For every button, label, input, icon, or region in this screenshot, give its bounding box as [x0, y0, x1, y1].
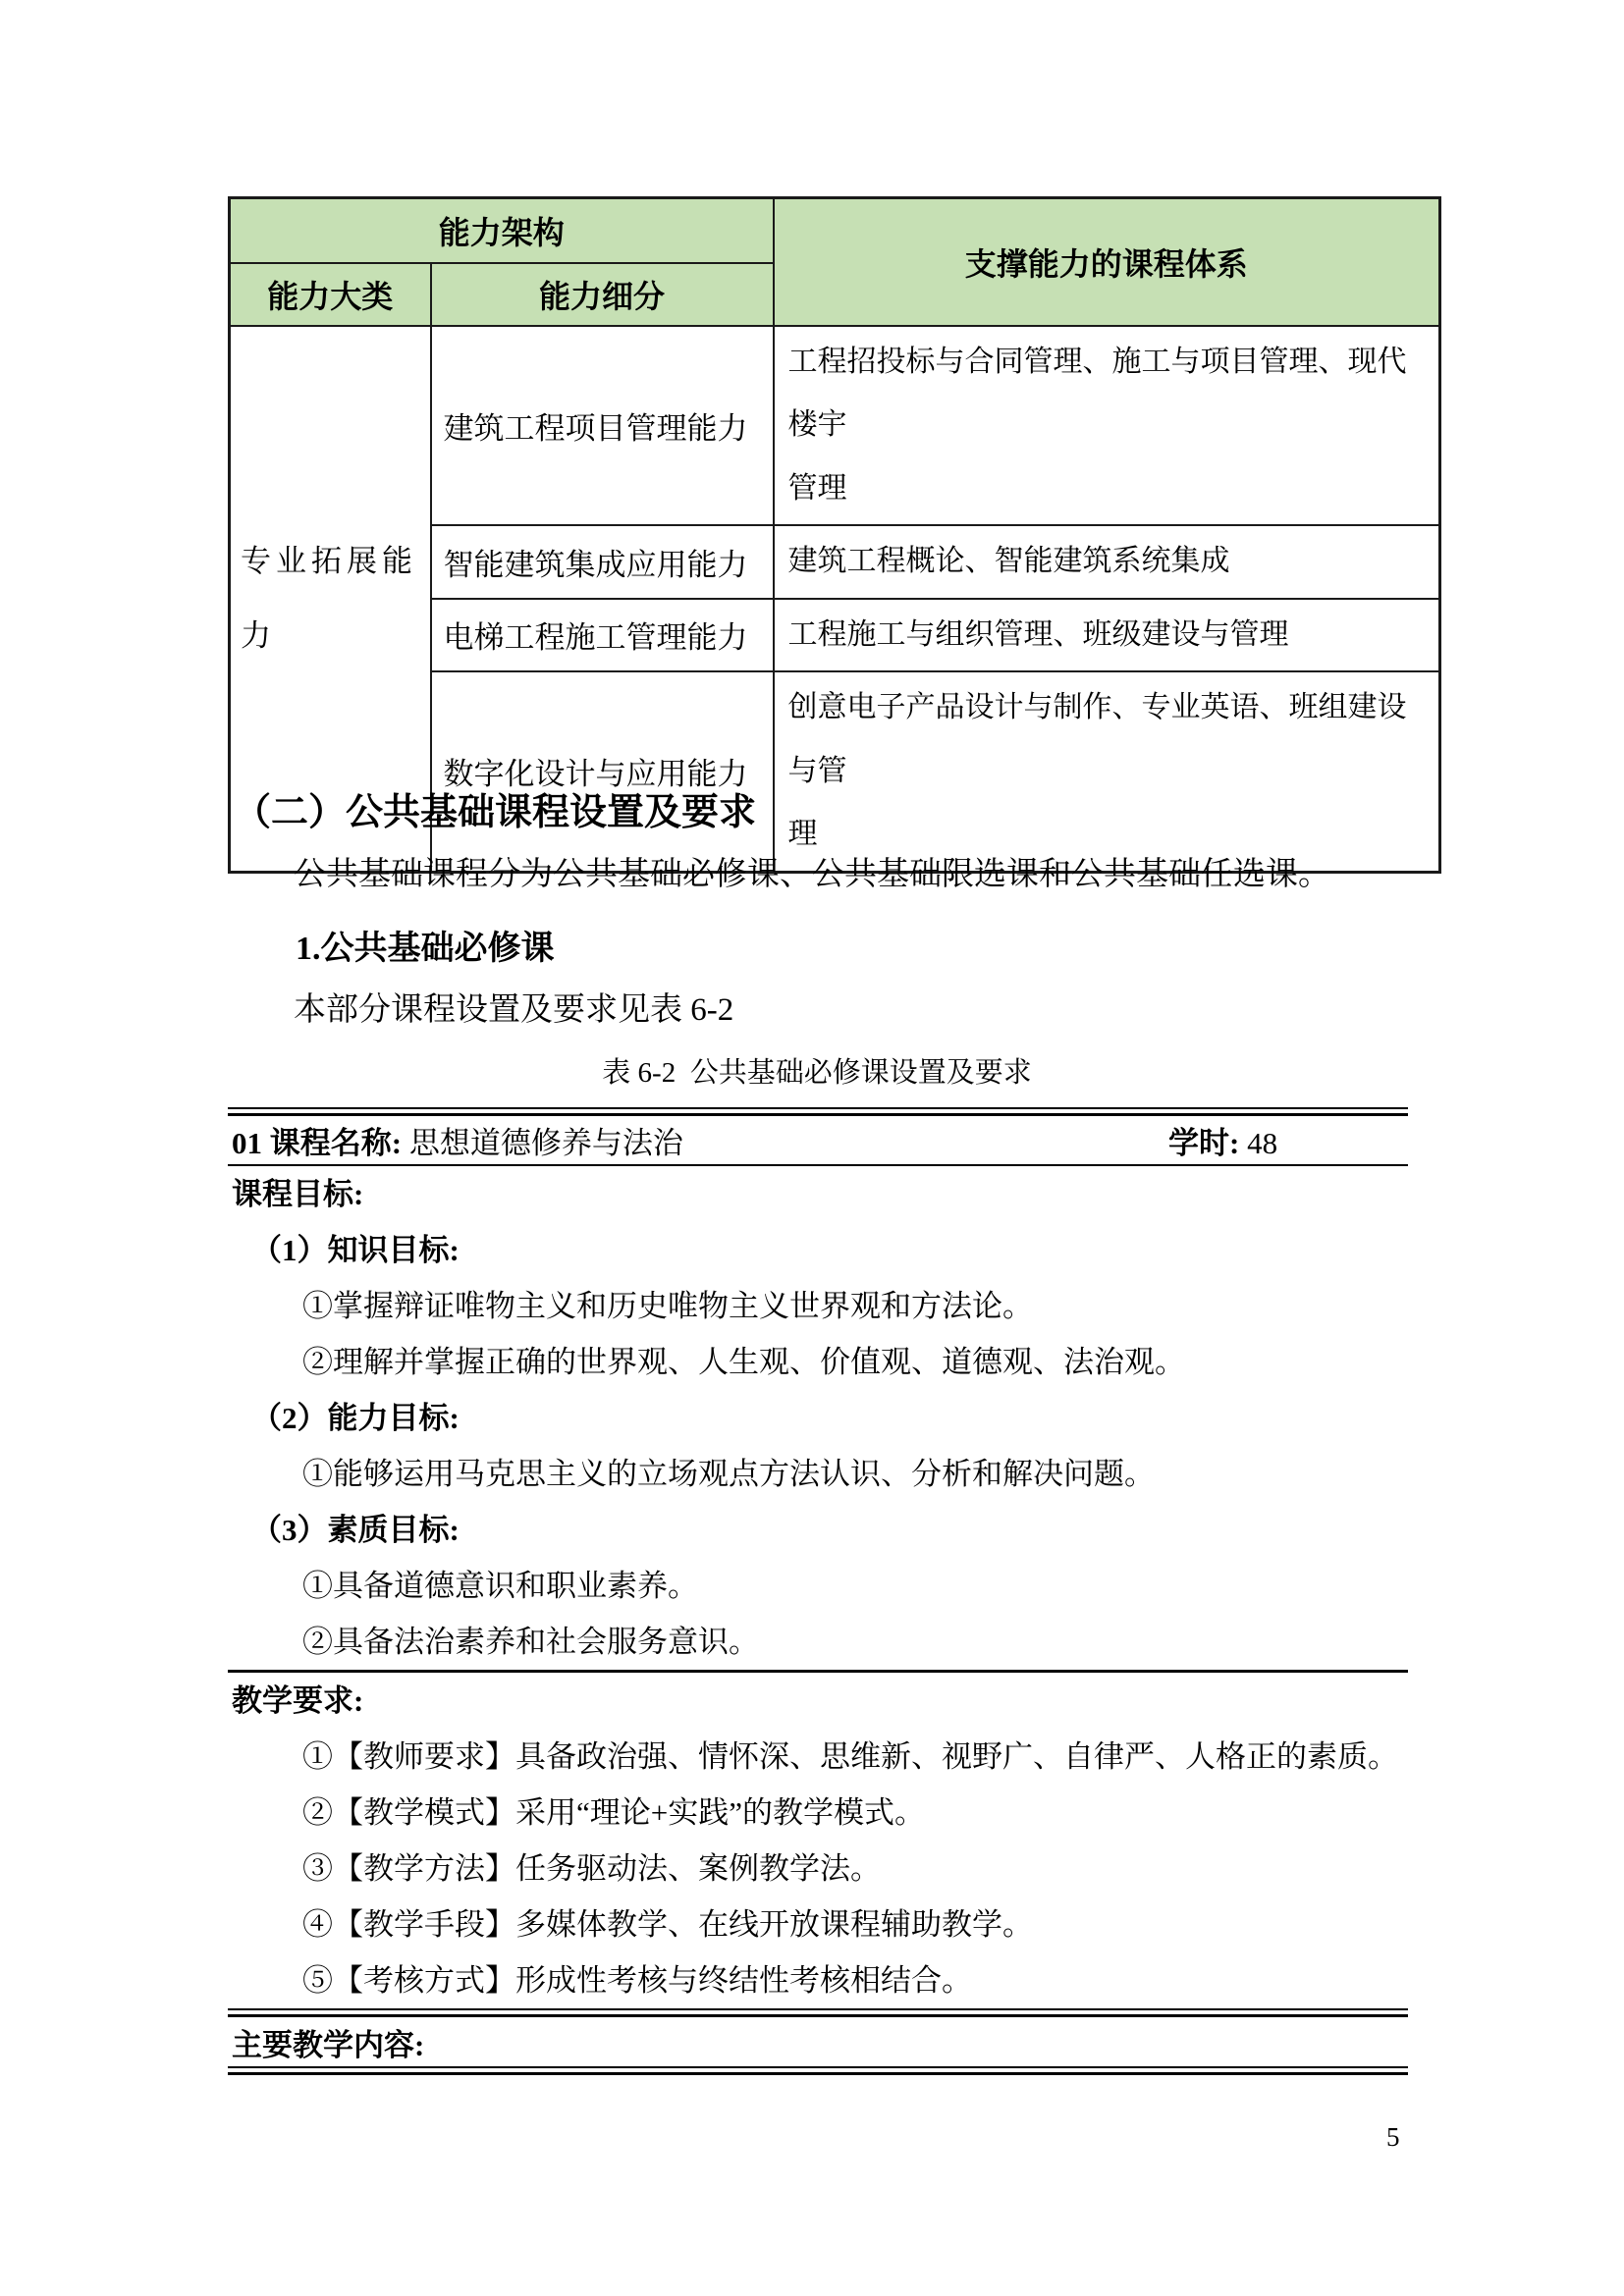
- table-row: 专业拓展能 力 建筑工程项目管理能力 工程招投标与合同管理、施工与项目管理、现代…: [230, 326, 1440, 526]
- supporting-courses-cell: 建筑工程概论、智能建筑系统集成: [774, 525, 1440, 599]
- objective-item: ②理解并掌握正确的世界观、人生观、价值观、道德观、法治观。: [228, 1334, 1408, 1390]
- objective-item: ②具备法治素养和社会服务意识。: [228, 1614, 1408, 1670]
- objective-group-title: （3）素质目标:: [228, 1502, 1408, 1558]
- supporting-courses-cell: 工程招投标与合同管理、施工与项目管理、现代楼宇 管理: [774, 326, 1440, 526]
- teaching-requirements-label: 教学要求:: [228, 1673, 1408, 1729]
- objective-group-title: （1）知识目标:: [228, 1222, 1408, 1278]
- table-reference-text: 本部分课程设置及要求见表 6-2: [294, 984, 733, 1030]
- objective-item: ①具备道德意识和职业素养。: [228, 1558, 1408, 1614]
- ability-detail-cell: 智能建筑集成应用能力: [431, 525, 774, 599]
- supporting-courses-cell: 创意电子产品设计与制作、专业英语、班组建设与管 理: [774, 671, 1440, 872]
- main-content-label: 主要教学内容:: [228, 2017, 1408, 2066]
- teaching-item: ①【教师要求】具备政治强、情怀深、思维新、视野广、自律严、人格正的素质。: [228, 1729, 1408, 1785]
- hours-field: 学时: 48: [1168, 1118, 1277, 1162]
- objective-group-title: （2）能力目标:: [228, 1390, 1408, 1446]
- objective-item: ①掌握辩证唯物主义和历史唯物主义世界观和方法论。: [228, 1278, 1408, 1334]
- ability-detail-cell: 建筑工程项目管理能力: [431, 326, 774, 526]
- ability-detail-cell: 电梯工程施工管理能力: [431, 599, 774, 672]
- supporting-courses-header-cell: 支撑能力的课程体系: [774, 198, 1440, 326]
- divider-double-top: [228, 1107, 1408, 1116]
- ability-detail-header-cell: 能力细分: [431, 263, 774, 326]
- subsection-heading: 1.公共基础必修课: [296, 921, 555, 969]
- table-caption: 表 6-2 公共基础必修课设置及要求: [228, 1050, 1406, 1091]
- course-requirements-table: 01 课程名称: 思想道德修养与法治 学时: 48 课程目标: （1）知识目标:…: [228, 1107, 1408, 2075]
- section-intro: 公共基础课程分为公共基础必修课、公共基础限选课和公共基础任选课。: [294, 848, 1330, 894]
- section-heading: （二）公共基础课程设置及要求: [234, 781, 756, 835]
- ability-detail-cell: 数字化设计与应用能力: [431, 671, 774, 872]
- teaching-item: ④【教学手段】多媒体教学、在线开放课程辅助教学。: [228, 1896, 1408, 1952]
- teaching-item: ③【教学方法】任务驱动法、案例教学法。: [228, 1841, 1408, 1896]
- ability-framework-header-cell: 能力架构: [230, 198, 774, 263]
- objective-item: ①能够运用马克思主义的立场观点方法认识、分析和解决问题。: [228, 1446, 1408, 1502]
- supporting-courses-cell: 工程施工与组织管理、班级建设与管理: [774, 599, 1440, 672]
- course-header-row: 01 课程名称: 思想道德修养与法治 学时: 48: [228, 1116, 1408, 1164]
- course-no-label: 01 课程名称:: [232, 1118, 409, 1162]
- hours-value: 48: [1247, 1126, 1277, 1160]
- divider-double: [228, 2008, 1408, 2017]
- document-page: 能力架构 支撑能力的课程体系 能力大类 能力细分 专业拓展能 力 建筑工程项目管…: [0, 0, 1624, 2296]
- teaching-item: ⑤【考核方式】形成性考核与终结性考核相结合。: [228, 1952, 1408, 2008]
- course-objectives-label: 课程目标:: [228, 1166, 1408, 1222]
- hours-label: 学时:: [1168, 1126, 1247, 1160]
- ability-framework-table: 能力架构 支撑能力的课程体系 能力大类 能力细分 专业拓展能 力 建筑工程项目管…: [228, 196, 1441, 874]
- page-number: 5: [1386, 2122, 1400, 2153]
- divider-double-bottom: [228, 2066, 1408, 2075]
- ability-category-header-cell: 能力大类: [230, 263, 431, 326]
- course-name: 思想道德修养与法治: [409, 1118, 683, 1162]
- teaching-item: ②【教学模式】采用“理论+实践”的教学模式。: [228, 1785, 1408, 1841]
